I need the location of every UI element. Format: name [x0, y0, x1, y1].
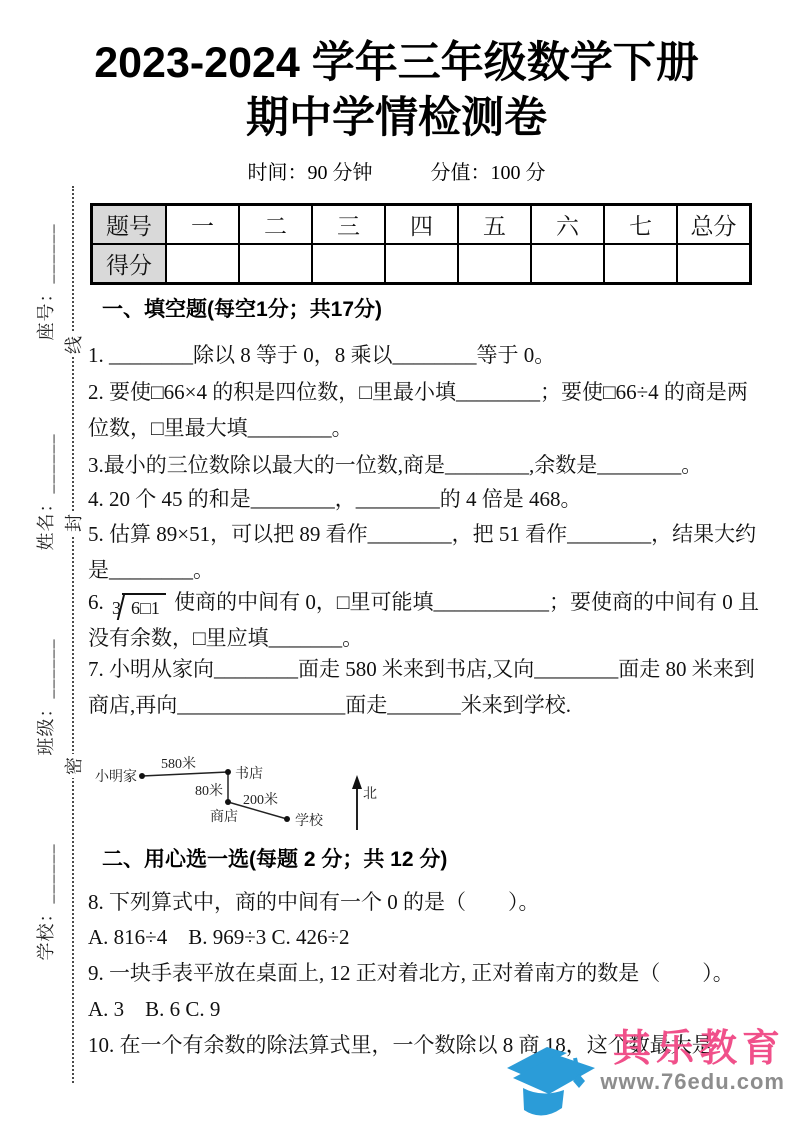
question-9: 9. 一块手表平放在桌面上, 12 正对着北方, 正对着南方的数是（ ）。 [88, 955, 766, 991]
score-table-col-1: 一 [166, 205, 239, 245]
question-3: 3.最小的三位数除以最大的一位数,商是________,余数是________。 [88, 447, 766, 483]
exam-paper-page: 2023-2024 学年三年级数学下册 期中学情检测卷 时间：90 分钟 分值：… [0, 0, 793, 1122]
score-table-col-6: 六 [531, 205, 604, 245]
shop-label: 商店 [210, 809, 238, 825]
title-line2: 期中学情检测卷 [0, 91, 793, 146]
section1-heading: 一、填空题(每空1分；共17分) [88, 295, 766, 325]
score-table-corner: 题号 [92, 205, 167, 245]
seal-char-xian: 线 [62, 333, 86, 357]
score-table-col-7: 七 [604, 205, 677, 245]
score-cell [385, 244, 458, 284]
school-label: 学校 [295, 812, 324, 829]
class-field: 班级：______ [32, 639, 58, 756]
question-6: 6. 36□1 使商的中间有 0，□里可能填___________；要使商的中间… [88, 584, 766, 656]
publisher-logo: 其乐教育 www.76edu.com [506, 1028, 789, 1122]
seal-char-feng: 封 [62, 511, 86, 535]
score-table-score-row: 得分 [92, 244, 751, 284]
score-cell [531, 244, 604, 284]
score-label: 分值：100 分 [431, 156, 546, 185]
graduation-cap-icon [506, 1042, 598, 1122]
home-label: 小明家 [95, 769, 137, 785]
score-cell [312, 244, 385, 284]
dist-80-label: 80米 [195, 782, 223, 799]
question-4: 4. 20 个 45 的和是________，________的 4 倍是 46… [88, 481, 766, 517]
seat-number-field: 座号：______ [32, 224, 58, 341]
question-8: 8. 下列算式中，商的中间有一个 0 的是（ ）。 [88, 884, 766, 920]
question-6-text: 使商的中间有 0，□里可能填___________；要使商的中间有 0 且没有余… [88, 590, 759, 650]
score-table-col-2: 二 [239, 205, 312, 245]
score-cell [677, 244, 751, 284]
dist-200-label: 200米 [243, 791, 278, 808]
question-5: 5. 估算 89×51，可以把 89 看作________，把 51 看作___… [88, 516, 766, 588]
question-2: 2. 要使□66×4 的积是四位数，□里最小填________；要使□66÷4 … [88, 374, 766, 446]
title-line1: 2023-2024 学年三年级数学下册 [0, 36, 793, 91]
north-arrow-head [352, 775, 362, 789]
name-field: 姓名：______ [32, 434, 58, 551]
shop-point [225, 799, 231, 805]
score-table-col-total: 总分 [677, 205, 751, 245]
north-label: 北 [363, 786, 377, 802]
school-point [284, 816, 290, 822]
seal-dotted-line [72, 186, 74, 1083]
bookstore-point [225, 769, 231, 775]
score-table: 题号 一 二 三 四 五 六 七 总分 得分 [90, 203, 752, 285]
section2-heading: 二、用心选一选(每题 2 分；共 12 分) [88, 845, 766, 875]
bookstore-label: 书店 [235, 765, 263, 782]
question-7: 7. 小明从家向________面走 580 米来到书店,又向________面… [88, 651, 766, 723]
time-label: 时间：90 分钟 [248, 156, 373, 185]
route-map-diagram: 小明家 580米 书店 80米 商店 200米 学校 北 [85, 745, 385, 845]
school-field: 学校：______ [32, 844, 58, 961]
page-title: 2023-2024 学年三年级数学下册 期中学情检测卷 [0, 36, 793, 146]
score-cell [458, 244, 531, 284]
question-1: 1. ________除以 8 等于 0，8 乘以________等于 0。 [88, 337, 766, 373]
score-table-col-5: 五 [458, 205, 531, 245]
score-cell [166, 244, 239, 284]
score-cell [239, 244, 312, 284]
score-table-col-4: 四 [385, 205, 458, 245]
score-cell [604, 244, 677, 284]
exam-meta: 时间：90 分钟 分值：100 分 [0, 156, 793, 185]
question-8-options: A. 816÷4 B. 969÷3 C. 426÷2 [88, 919, 766, 955]
logo-website-url: www.76edu.com [600, 1070, 785, 1094]
route-home-bookstore [142, 772, 228, 776]
dist-580-label: 580米 [161, 755, 196, 772]
question-6-number: 6. [88, 590, 109, 614]
logo-texts: 其乐教育 www.76edu.com [600, 1028, 789, 1094]
question-9-options: A. 3 B. 6 C. 9 [88, 991, 766, 1027]
long-division-dividend: 6□1 [122, 593, 166, 620]
cap-body [523, 1088, 564, 1116]
seal-char-mi: 密 [62, 754, 86, 778]
score-table-header-row: 题号 一 二 三 四 五 六 七 总分 [92, 205, 751, 245]
home-point [139, 773, 145, 779]
logo-brand-name: 其乐教育 [613, 1028, 785, 1070]
long-division-expression: 36□1 [112, 593, 166, 620]
score-row-label: 得分 [92, 244, 167, 284]
score-table-col-3: 三 [312, 205, 385, 245]
